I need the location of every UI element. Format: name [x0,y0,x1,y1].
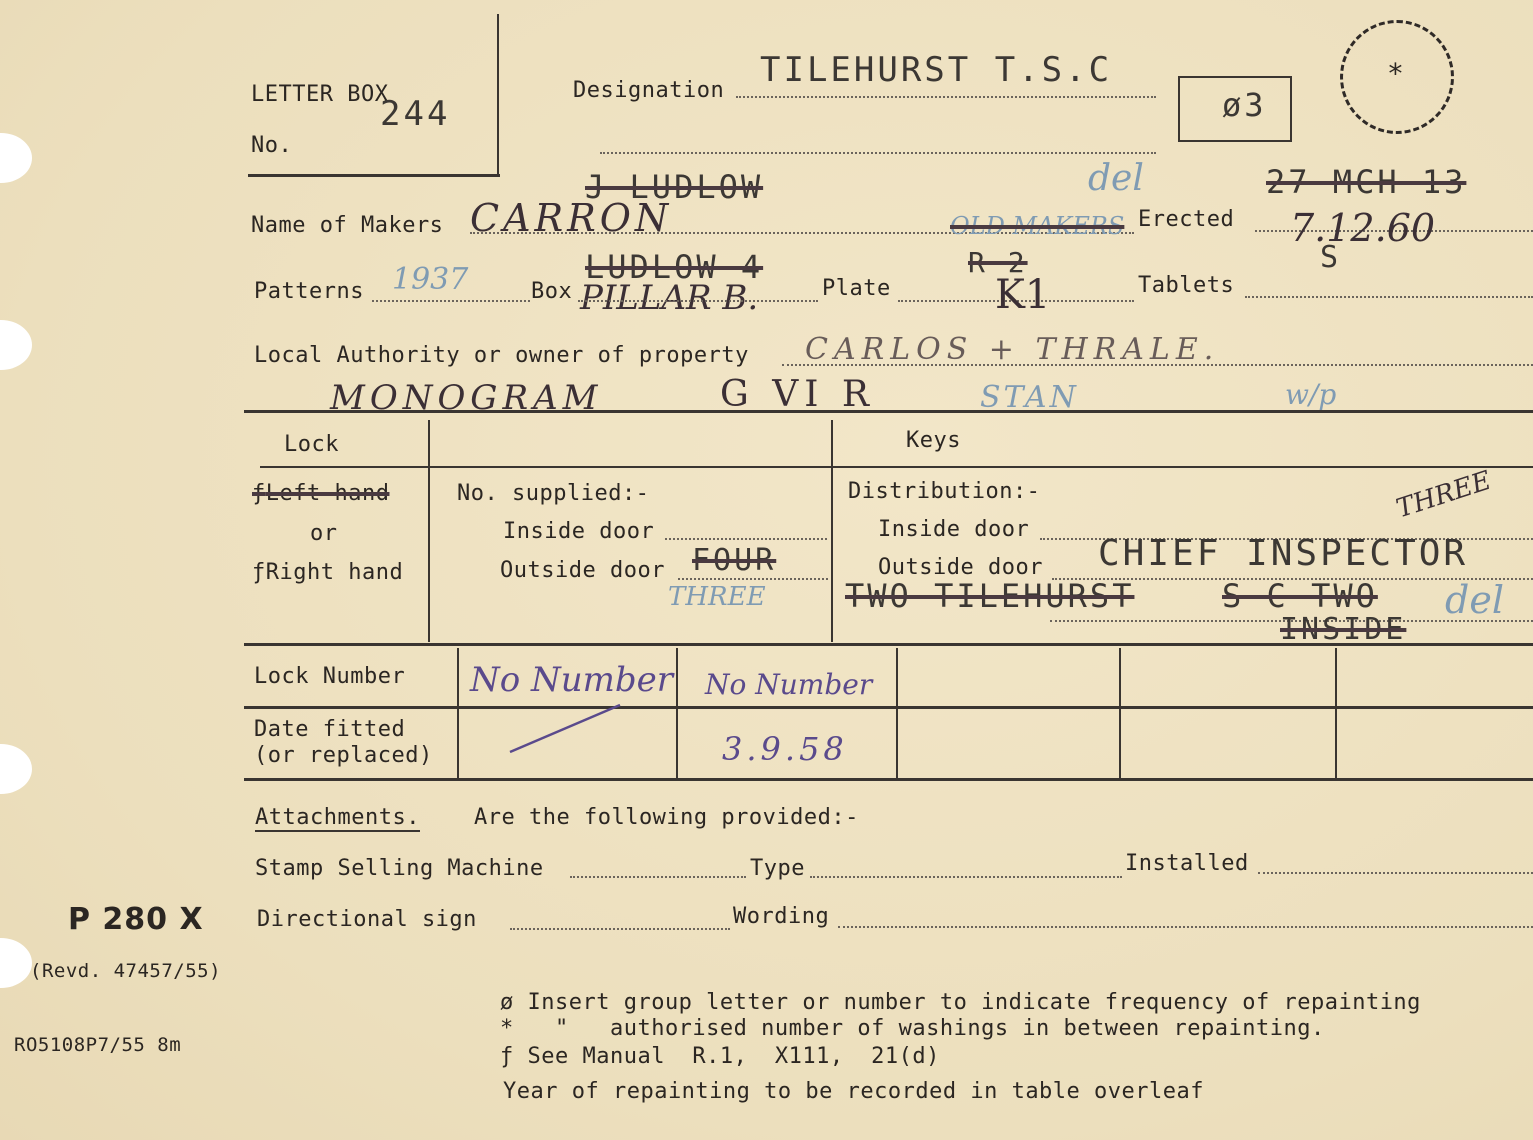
tablets-label: Tablets [1138,273,1234,298]
asterisk-icon: * [1387,57,1404,90]
lock-table-bottom-rule [244,778,1533,781]
dist-initials: del [1445,578,1504,622]
letter-box-label: LETTER BOX [251,82,388,107]
stamp-machine-dotted-line [570,876,746,878]
lock-right-hand: ƒRight hand [252,560,403,585]
erected-label: Erected [1138,207,1234,232]
wording-label: Wording [733,904,829,929]
lock-or: or [310,521,338,546]
cipher-note: G VI R [720,374,875,415]
erected-value: 7.12.60 [1290,206,1435,250]
type-label: Type [750,856,805,881]
makers-initials: del [1088,158,1144,199]
punch-hole [0,744,32,794]
lock-number-label: Lock Number [254,664,405,689]
designation-value: TILEHURST T.S.C [760,50,1112,90]
attachments-question: Are the following provided:- [474,805,859,830]
wp-note: w/p [1285,378,1336,411]
keys-column-divider [831,420,833,642]
dist-struck-1: TWO TILEHURST [845,577,1134,615]
patterns-label: Patterns [254,279,364,304]
no-supplied-label: No. supplied:- [457,481,649,506]
designation-dotted-line [736,96,1156,98]
tablets-dotted-line [1245,296,1533,298]
box-label: Box [531,279,572,304]
header-underline [248,174,500,177]
print-code: RO5108P7/55 8m [14,1034,181,1056]
punch-hole [0,320,32,370]
repaint-group-box: ø3 [1178,76,1292,142]
directional-sign-label: Directional sign [257,907,477,932]
lock-number-cell: No Number [705,668,872,701]
supplied-outside-struck: FOUR [692,543,776,578]
lock-table-divider [1335,648,1337,780]
supplied-inside-label: Inside door [503,519,654,544]
dist-outside-note: THREE [1393,466,1495,525]
installed-label: Installed [1125,851,1249,876]
footnote-washings: * " authorised number of washings in bet… [500,1016,1325,1041]
supplied-inside-dotted-line [665,538,827,540]
supplied-outside-dotted-line [678,578,828,580]
patterns-dotted-line [372,300,530,302]
wording-dotted-line [838,926,1533,928]
erected-struck-value: 27 MCH 13 [1266,163,1466,201]
table-top-rule [244,410,1533,413]
table-header-rule [260,466,1533,468]
lock-table-divider [457,648,459,780]
date-fitted-sub-label: (or replaced) [254,743,433,768]
distribution-label: Distribution:- [848,479,1040,504]
footnote-overleaf: Year of repainting to be recorded in tab… [503,1079,1204,1104]
lock-table-divider [1119,648,1121,780]
lock-number-cell: No Number [470,660,673,700]
plate-label: Plate [822,276,891,301]
lock-header: Lock [284,432,339,457]
keys-header: Keys [906,428,961,453]
date-fitted-label: Date fitted [254,717,405,742]
header-divider [497,14,499,176]
supplied-outside-label: Outside door [500,558,665,583]
washings-circle: * [1340,20,1454,134]
erected-sub-mark: S [1320,240,1341,275]
directional-sign-dotted-line [510,928,730,930]
dist-struck-3: INSIDE [1280,612,1406,647]
designation-dotted-line-2 [600,152,1156,154]
designation-label: Designation [573,78,724,103]
no-label: No. [251,133,292,158]
stamp-machine-label: Stamp Selling Machine [255,856,544,881]
supplied-outside-value: THREE [668,582,766,612]
repaint-group-value: ø3 [1222,86,1267,124]
footnote-manual-ref: ƒ See Manual R.1, X111, 21(d) [500,1044,940,1069]
box-value: PILLAR B. [580,278,758,318]
local-authority-label: Local Authority or owner of property [254,343,749,368]
letter-box-record-card: LETTER BOX No. 244 Designation TILEHURST… [0,0,1533,1140]
lock-column-divider [428,420,430,642]
form-number: P 280 X [68,902,204,937]
plate-value: K1 [995,272,1050,318]
type-dotted-line [810,876,1122,878]
patterns-value: 1937 [392,262,468,297]
makers-struck-note: OLD MAKERS [950,212,1124,240]
lock-left-hand-struck: ƒLeft hand [252,481,389,506]
makers-label: Name of Makers [251,213,443,238]
punch-hole [0,133,32,183]
attachments-title: Attachments. [255,805,420,832]
date-fitted-cell: 3.9.58 [722,730,848,768]
dist-struck-2: S C TWO [1222,577,1378,615]
local-authority-value: CARLOS + THRALE. [805,332,1219,367]
form-revision: (Revd. 47457/55) [30,960,221,982]
lock-table-top-rule [244,643,1533,646]
lock-table-divider [896,648,898,780]
punch-hole [0,938,32,988]
cancel-stroke [500,700,680,760]
lock-table-mid-rule [244,706,1533,709]
installed-dotted-line [1258,872,1533,874]
letter-box-number: 244 [380,94,450,134]
dist-inside-label: Inside door [878,517,1029,542]
box-dotted-line [578,300,818,302]
footnote-repaint-group: ø Insert group letter or number to indic… [500,990,1421,1015]
local-authority-dotted-line [782,364,1533,366]
dist-outside-value: CHIEF INSPECTOR [1098,533,1468,574]
